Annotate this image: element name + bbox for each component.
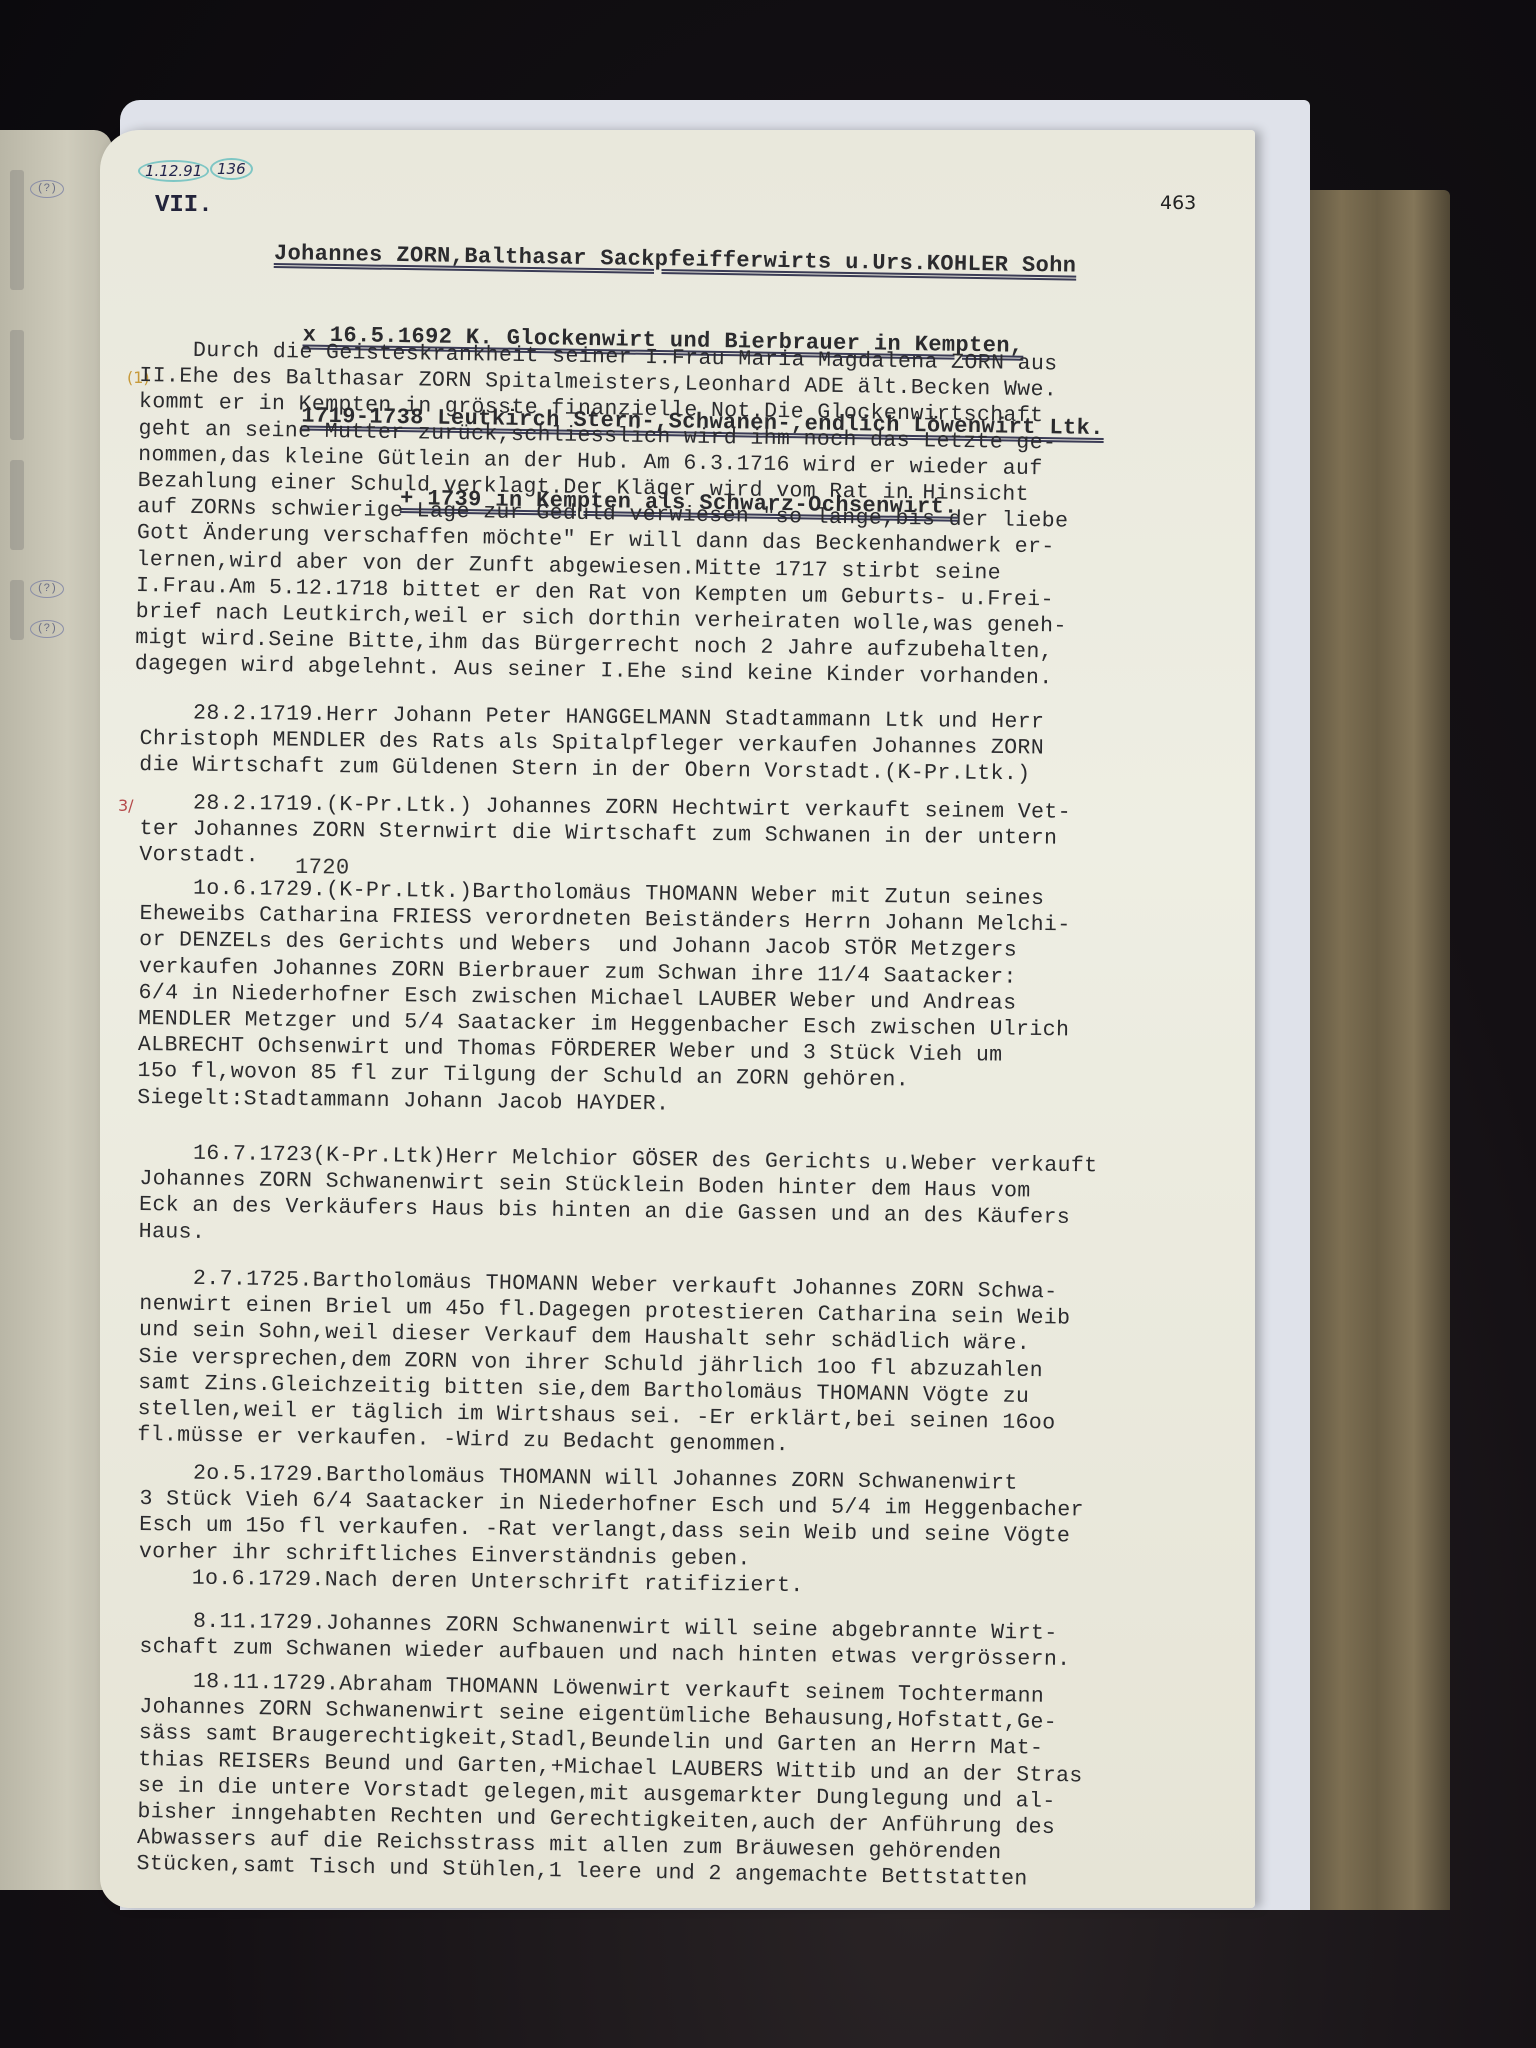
faded-text-block bbox=[10, 580, 24, 640]
facing-page-mark: (?) bbox=[30, 580, 64, 598]
header-line: Johannes ZORN,Balthasar Sackpfeifferwirt… bbox=[274, 240, 1374, 284]
section-number: VII. bbox=[155, 192, 213, 219]
facing-book-page: (?) (?) (?) bbox=[0, 130, 112, 1890]
paragraph: 28.2.1719.Herr Johann Peter HANGGELMANN … bbox=[139, 700, 1240, 790]
paragraph: 2.7.1725.Bartholomäus THOMANN Weber verk… bbox=[137, 1265, 1240, 1466]
paragraph: Durch die Geisteskrankheit seiner I.Frau… bbox=[135, 337, 1240, 695]
faded-text-block bbox=[10, 460, 24, 550]
margin-mark: 3/ bbox=[118, 796, 134, 815]
handwritten-reference: 1.12.91 bbox=[138, 160, 209, 182]
paragraph: 1o.6.1729.(K-Pr.Ltk.)Bartholomäus THOMAN… bbox=[137, 875, 1240, 1124]
paragraph: 2o.5.1729.Bartholomäus THOMANN will Joha… bbox=[138, 1460, 1240, 1604]
facing-page-mark: (?) bbox=[30, 620, 64, 638]
faded-text-block bbox=[10, 330, 24, 440]
typed-correction: 1720 bbox=[295, 855, 350, 882]
paragraph: 18.11.1729.Abraham THOMANN Löwenwirt ver… bbox=[136, 1668, 1239, 1897]
faded-text-block bbox=[10, 170, 24, 290]
handwritten-reference-2: 136 bbox=[210, 158, 253, 180]
paragraph: 16.7.1723(K-Pr.Ltk)Herr Melchior GÖSER d… bbox=[139, 1140, 1240, 1260]
facing-page-mark: (?) bbox=[30, 180, 64, 198]
